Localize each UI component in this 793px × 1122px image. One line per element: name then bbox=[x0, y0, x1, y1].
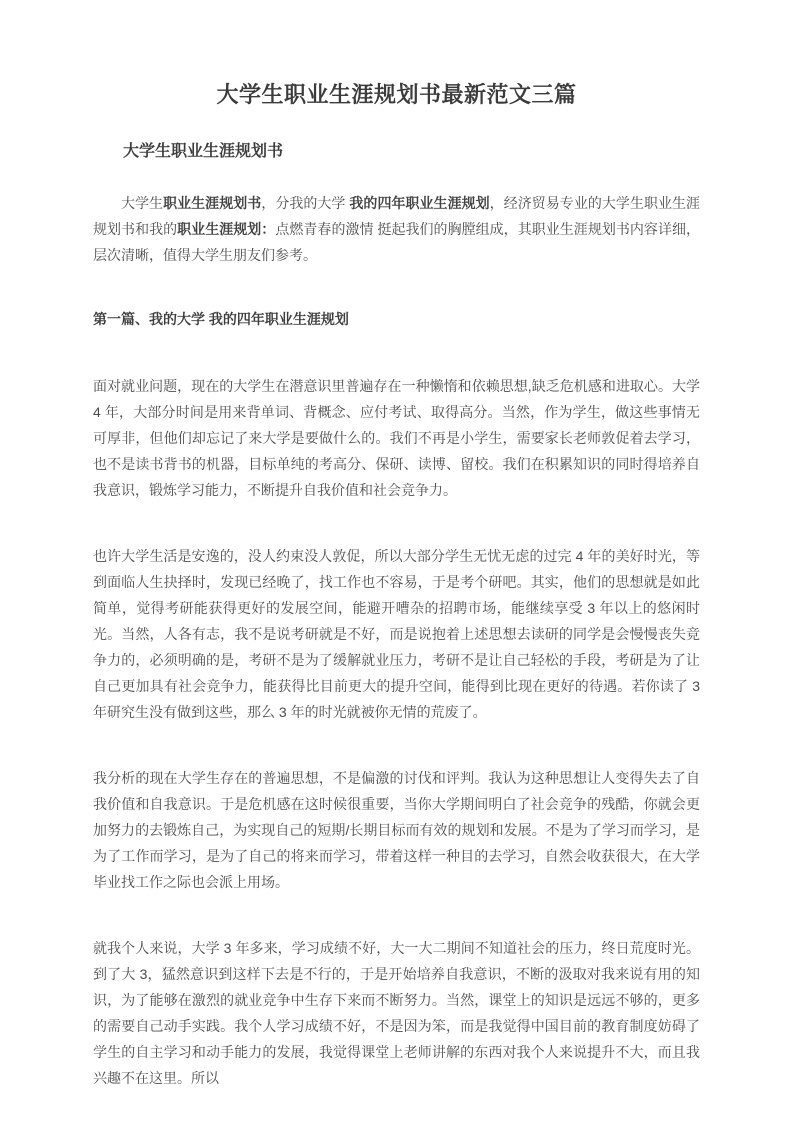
intro-segment-bold: 职业生涯规划书 bbox=[163, 195, 261, 211]
body-paragraph-2: 也许大学生活是安逸的，没人约束没人敦促，所以大部分学生无忧无虑的过完 4 年的美… bbox=[93, 543, 700, 725]
intro-segment-bold: 我的四年职业生涯规划 bbox=[349, 195, 489, 211]
doc-subtitle: 大学生职业生涯规划书 bbox=[93, 142, 700, 162]
document-page: 大学生职业生涯规划书最新范文三篇 大学生职业生涯规划书 大学生职业生涯规划书，分… bbox=[0, 0, 793, 1122]
intro-segment-bold: 职业生涯规划： bbox=[177, 221, 275, 237]
intro-paragraph: 大学生职业生涯规划书，分我的大学 我的四年职业生涯规划，经济贸易专业的大学生职业… bbox=[93, 190, 700, 268]
document-content: 大学生职业生涯规划书最新范文三篇 大学生职业生涯规划书 大学生职业生涯规划书，分… bbox=[0, 0, 793, 1091]
intro-segment: ，分我的大学 bbox=[261, 195, 349, 211]
doc-title: 大学生职业生涯规划书最新范文三篇 bbox=[93, 80, 700, 110]
body-paragraph-1: 面对就业问题，现在的大学生在潜意识里普遍存在一种懒惰和依赖思想,缺乏危机感和进取… bbox=[93, 373, 700, 503]
body-paragraph-4: 就我个人来说，大学 3 年多来，学习成绩不好，大一大二期间不知道社会的压力，终日… bbox=[93, 935, 700, 1091]
section-heading: 第一篇、我的大学 我的四年职业生涯规划 bbox=[93, 308, 700, 330]
body-paragraph-3: 我分析的现在大学生存在的普遍思想，不是偏激的讨伐和评判。我认为这种思想让人变得失… bbox=[93, 765, 700, 895]
intro-segment: 大学生 bbox=[121, 195, 163, 211]
